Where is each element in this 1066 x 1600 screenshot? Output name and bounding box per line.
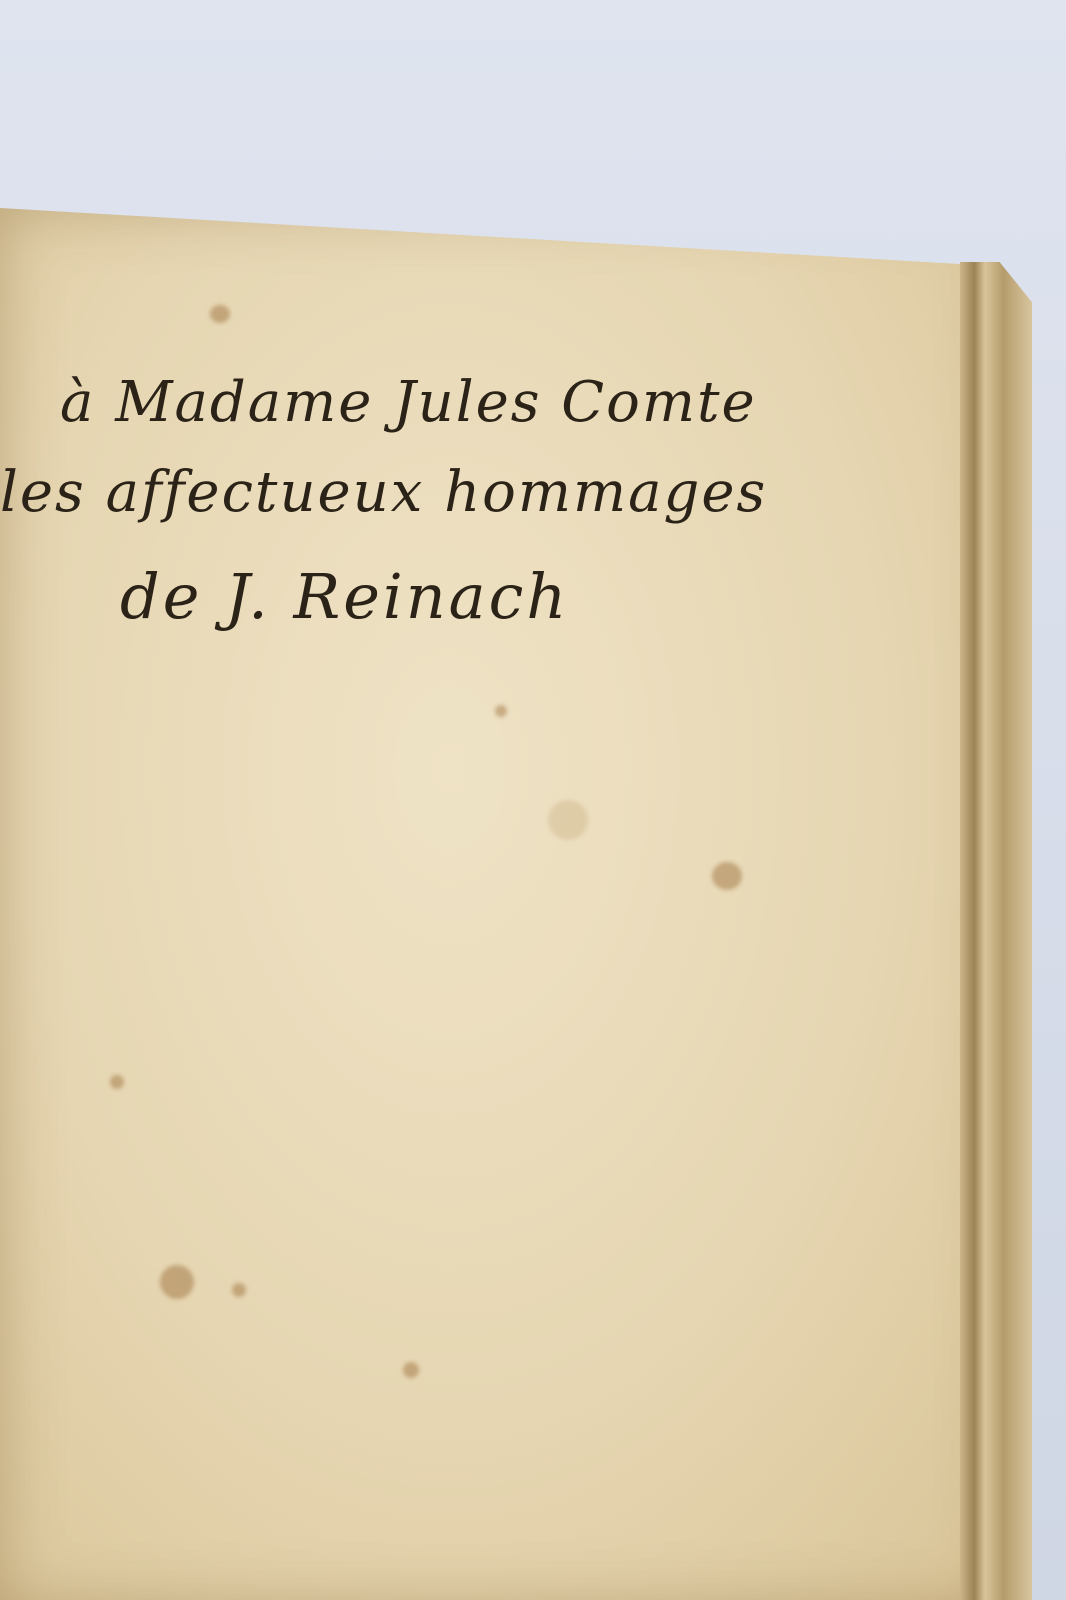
- foxing-spot: [712, 862, 742, 890]
- inscription-signature: de J. Reinach: [120, 560, 569, 633]
- foxing-spot: [160, 1265, 194, 1299]
- foxing-spot: [110, 1075, 124, 1089]
- foxing-spot: [403, 1362, 419, 1378]
- inscription-line-1: à Madame Jules Comte: [60, 370, 757, 435]
- foxing-spot: [210, 305, 230, 323]
- foxing-spot: [495, 705, 507, 717]
- inscription-line-2: les affectueux hommages: [0, 460, 767, 525]
- foxing-spot: [232, 1283, 246, 1297]
- foxing-spot: [548, 800, 588, 840]
- page-edges: [960, 262, 1032, 1600]
